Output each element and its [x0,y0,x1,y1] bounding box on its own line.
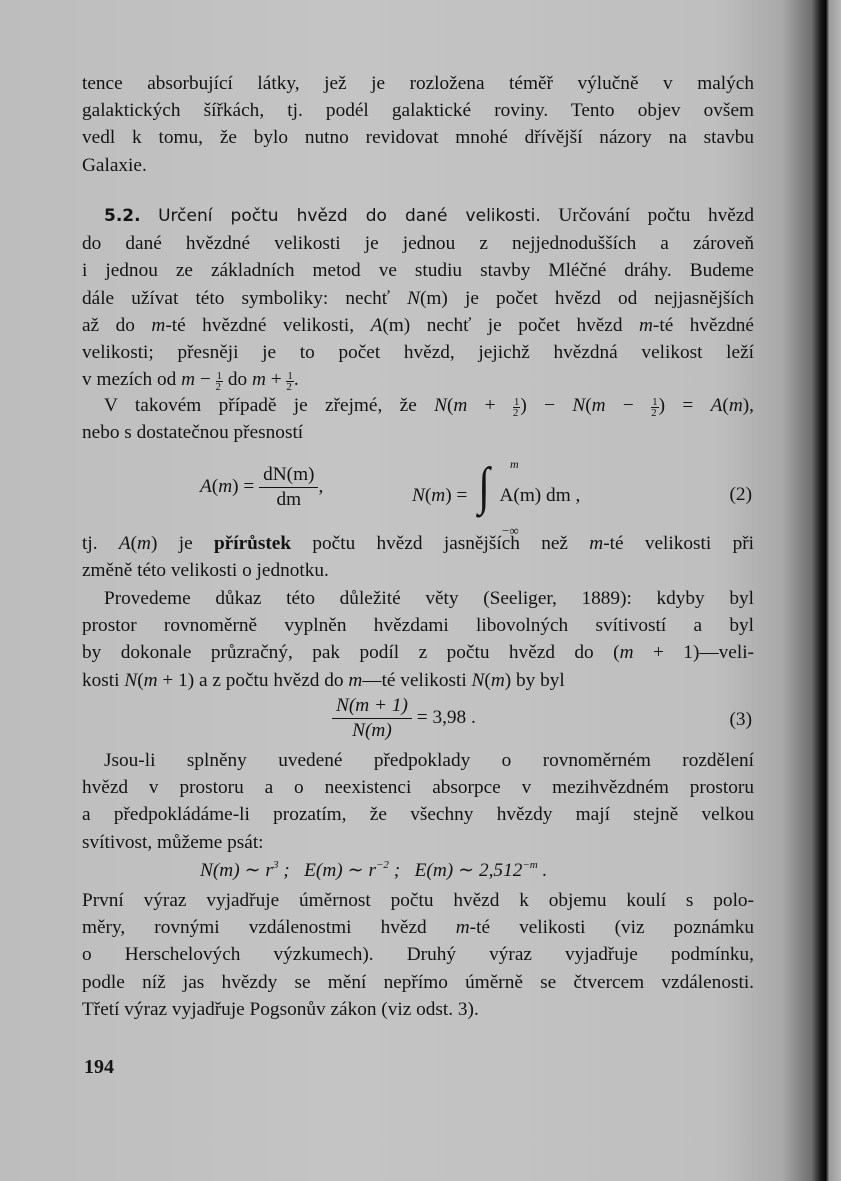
equation-2: A(m) = dN(m) dm , N(m) = ∫ A(m) dm , m −… [82,455,754,535]
text-fragment: V takovém případě je zřejmé, že [104,395,434,416]
equation-value: = 3,98 . [417,707,476,728]
text-line: tence absorbující látky, jež je rozložen… [82,70,754,97]
text-line: velikosti; přesněji je to počet hvězd, j… [82,339,754,366]
paragraph-tj: tj. A(m) je přírůstek počtu hvězd jasněj… [82,530,754,584]
fraction-half: 12 [286,371,294,392]
math-symbol: A [371,315,383,336]
text-line: Provedeme důkaz této důležité věty (Seel… [82,585,754,612]
paragraph-jsou-li: Jsou-li splněny uvedené předpoklady o ro… [82,747,754,856]
text-fragment: . [294,369,299,390]
text-fragment: dále užívat této symboliky: nechť [82,288,407,309]
equation-2-rhs: N(m) = ∫ A(m) dm , [412,467,580,507]
paragraph-seeliger: Provedeme důkaz této důležité věty (Seel… [82,585,754,694]
text-line: Galaxie. [82,152,754,179]
math-symbol: m [181,369,195,390]
text-fragment: Určování počtu hvězd [558,205,754,226]
comma: , [318,476,323,497]
paragraph-prvni: První výraz vyjadřuje úměrnost počtu hvě… [82,887,754,1023]
fraction-denominator: N(m) [332,719,412,743]
equation-number: (2) [730,481,752,508]
book-page: tence absorbující látky, jež je rozložen… [0,0,841,1181]
section-number: 5.2. [104,206,141,226]
text-line: Třetí výraz vyjadřuje Pogsonův zákon (vi… [82,996,754,1023]
text-line: do dané hvězdné velikosti je jednou z ne… [82,230,754,257]
text-fragment: v mezích od [82,369,181,390]
text-fragment: -té hvězdné [653,315,754,336]
emphasis-term: přírůstek [214,533,291,554]
math-symbol: (m) [420,288,448,309]
integrand: A(m) dm , [499,485,580,506]
text-fragment: až do [82,315,151,336]
equation-3-body: N(m + 1) N(m) = 3,98 . [332,694,476,743]
text-line: svítivost, můžeme psát: [82,829,754,856]
text-line: by dokonale průzračný, pak podíl z počtu… [82,639,754,666]
equation-4-body: N(m) ∼ r3 ; E(m) ∼ r−2 ; E(m) ∼ 2,512−m … [200,857,547,884]
integral-icon: ∫ [478,462,490,512]
text-line: změně této velikosti o jednotku. [82,557,754,584]
text-line: nebo s dostatečnou přesností [82,419,754,446]
math-symbol: m [151,315,165,336]
text-line: hvězd v prostoru a o neexistenci absorpc… [82,774,754,801]
math-expression: N [434,395,447,416]
text-line: v mezích od m − 12 do m + 12. [82,366,754,393]
text-line: podle níž jas hvězdy se mění nepřímo úmě… [82,969,754,996]
text-line: měry, rovnými vzdálenostmi hvězd m-té ve… [82,914,754,941]
text-line: První výraz vyjadřuje úměrnost počtu hvě… [82,887,754,914]
ratio-fraction: N(m + 1) N(m) [332,694,412,743]
paragraph-takovem: V takovém případě je zřejmé, že N(m + 12… [82,392,754,446]
text-line: dále užívat této symboliky: nechť N(m) j… [82,285,754,312]
math-symbol: m [639,315,653,336]
text-line: prostor rovnoměrně vyplněn hvězdami libo… [82,612,754,639]
text-line: Jsou-li splněny uvedené předpoklady o ro… [82,747,754,774]
paragraph-intro: tence absorbující látky, jež je rozložen… [82,70,754,179]
text-line: vedl k tomu, že bylo nutno revidovat mno… [82,124,754,151]
text-fragment: do [223,369,252,390]
integral-upper-limit: m [510,451,519,478]
math-symbol: N [407,288,420,309]
fraction-half: 12 [216,371,224,392]
text-line: i jednou ze základních metod ve studiu s… [82,257,754,284]
text-line: až do m-té hvězdné velikosti, A(m) nechť… [82,312,754,339]
fraction-numerator: N(m + 1) [332,694,412,719]
text-fragment: nechť je počet hvězd [410,315,639,336]
math-symbol: m [252,369,266,390]
page-number: 194 [84,1056,114,1079]
section-title: Určení počtu hvězd do dané velikosti. [158,206,541,226]
derivative-fraction: dN(m) dm [259,463,318,512]
section-5-2: 5.2. Určení počtu hvězd do dané velikost… [82,202,754,393]
text-line: tj. A(m) je přírůstek počtu hvězd jasněj… [82,530,754,557]
equation-3: N(m + 1) N(m) = 3,98 . (3) [82,694,754,748]
section-heading-line: 5.2. Určení počtu hvězd do dané velikost… [82,202,754,230]
text-fragment: -té hvězdné velikosti, [165,315,370,336]
fraction-numerator: dN(m) [259,463,318,488]
text-line: o Herschelových výzkumech). Druhý výraz … [82,941,754,968]
math-symbol: (m) [382,315,410,336]
text-line: galaktických šířkách, tj. podél galaktic… [82,97,754,124]
fraction-denominator: dm [259,488,318,512]
text-line: kosti N(m + 1) a z počtu hvězd do m—té v… [82,667,754,694]
text-line: a předpokládáme-li prozatím, že všechny … [82,801,754,828]
equation-number: (3) [730,706,752,733]
equation-2-lhs: A(m) = dN(m) dm , [200,463,323,512]
text-line: V takovém případě je zřejmé, že N(m + 12… [82,392,754,419]
text-fragment: je počet hvězd od nejjasnějších [448,288,754,309]
